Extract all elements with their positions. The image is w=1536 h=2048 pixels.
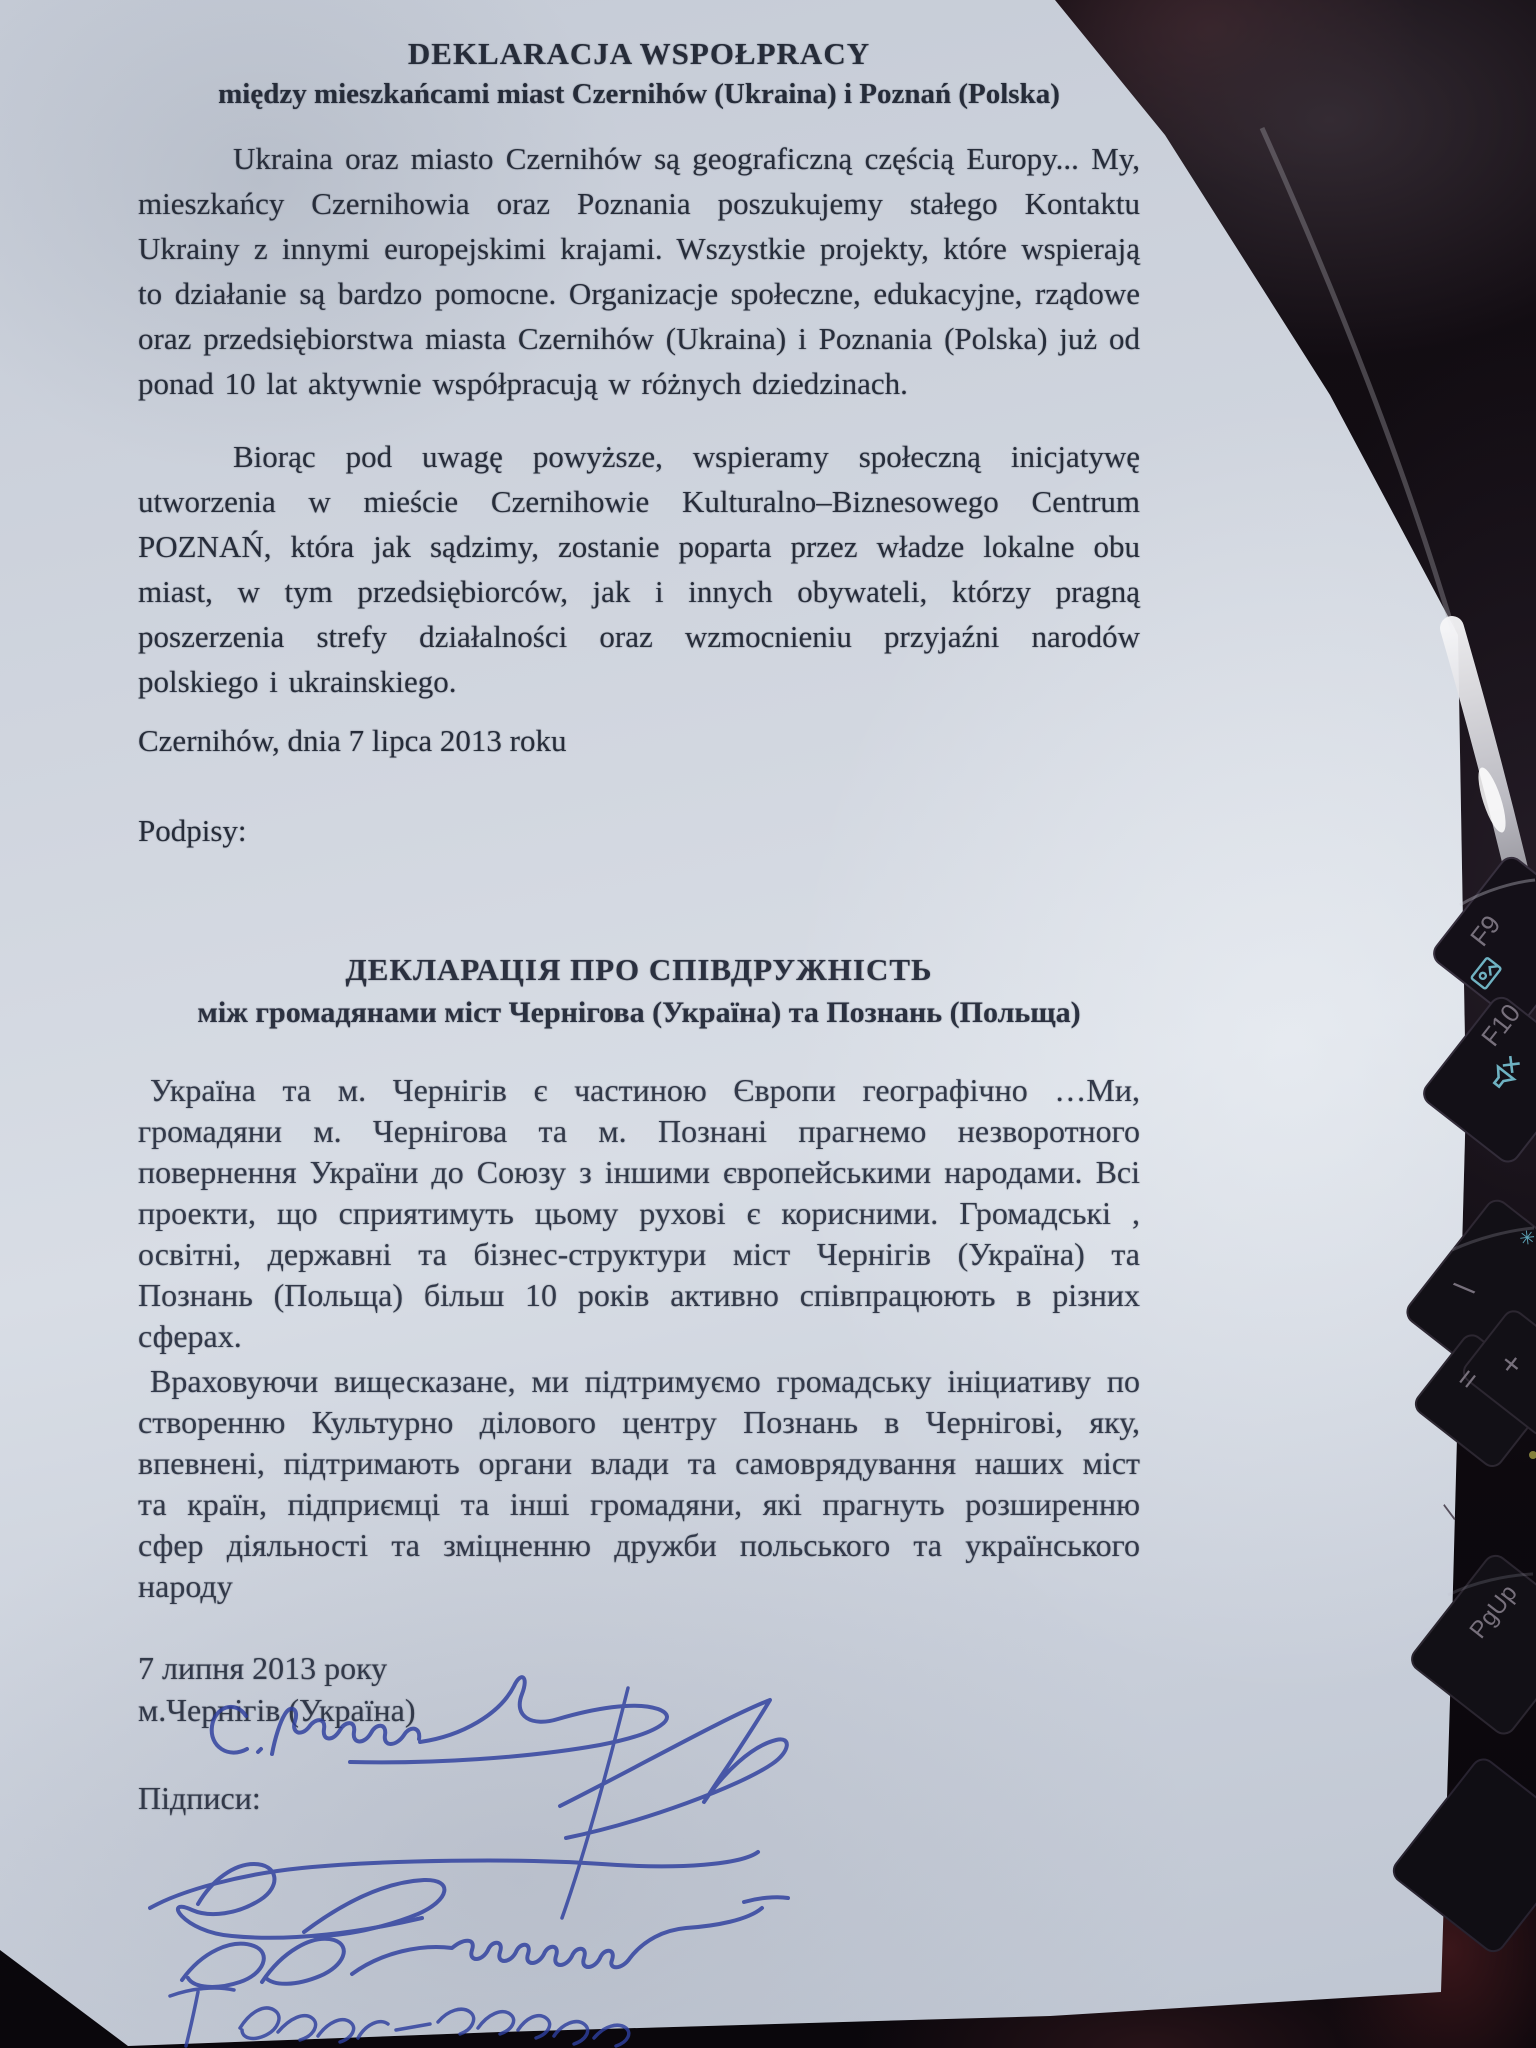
key-label-f9: F9 (1464, 909, 1506, 951)
speaker-mute-icon (1489, 1054, 1524, 1091)
indicator-dot (1529, 1451, 1536, 1459)
ukrainian-date-line: 7 липня 2013 року (138, 1647, 1140, 1689)
key-label-f10: F10 (1475, 998, 1526, 1052)
ukrainian-subtitle: між громадянами міст Чернігова (Україна)… (138, 992, 1140, 1034)
ukrainian-signatures-label: Підписи: (138, 1777, 1140, 1819)
photo-scene: DEKLARACJA WSPOŁPRACY między mieszkańcam… (0, 0, 1536, 2048)
display-icon (1471, 958, 1501, 990)
polish-signatures-label: Podpisy: (138, 810, 1140, 852)
polish-subtitle: między mieszkańcami miast Czernihów (Ukr… (138, 74, 1140, 114)
polish-date-line: Czernihów, dnia 7 lipca 2013 roku (138, 720, 1140, 762)
document-paper: DEKLARACJA WSPOŁPRACY między mieszkańcam… (0, 0, 1536, 2048)
polish-paragraph-1: Ukraina oraz miasto Czernihów są geograf… (138, 136, 1140, 406)
key-label-pgup: PgUp (1464, 1580, 1522, 1644)
key-glint (1460, 880, 1535, 905)
chrome-highlight (1473, 765, 1511, 835)
ukrainian-paragraph-2: Враховуючи вищесказане, ми підтримуємо г… (138, 1361, 1140, 1607)
document-text: DEKLARACJA WSPOŁPRACY między mieszkańcam… (138, 34, 1140, 1819)
sparkle-icon: ✳ (1515, 1226, 1536, 1251)
ukrainian-paragraph-1: Україна та м. Чернігів є частиною Європи… (138, 1070, 1140, 1357)
ukrainian-title: ДЕКЛАРАЦІЯ ПРО СПІВДРУЖНІСТЬ (138, 948, 1140, 992)
key-glint (1452, 1228, 1534, 1250)
key-glint (1448, 1574, 1533, 1595)
polish-paragraph-2: Biorąc pod uwagę powyższe, wspieramy spo… (138, 434, 1140, 704)
key-label-plus: + (1491, 1345, 1531, 1382)
ukrainian-place-line: м.Чернігів (Україна) (138, 1689, 1140, 1731)
polish-title: DEKLARACJA WSPOŁPRACY (138, 34, 1140, 74)
key-plus (1460, 1307, 1536, 1439)
